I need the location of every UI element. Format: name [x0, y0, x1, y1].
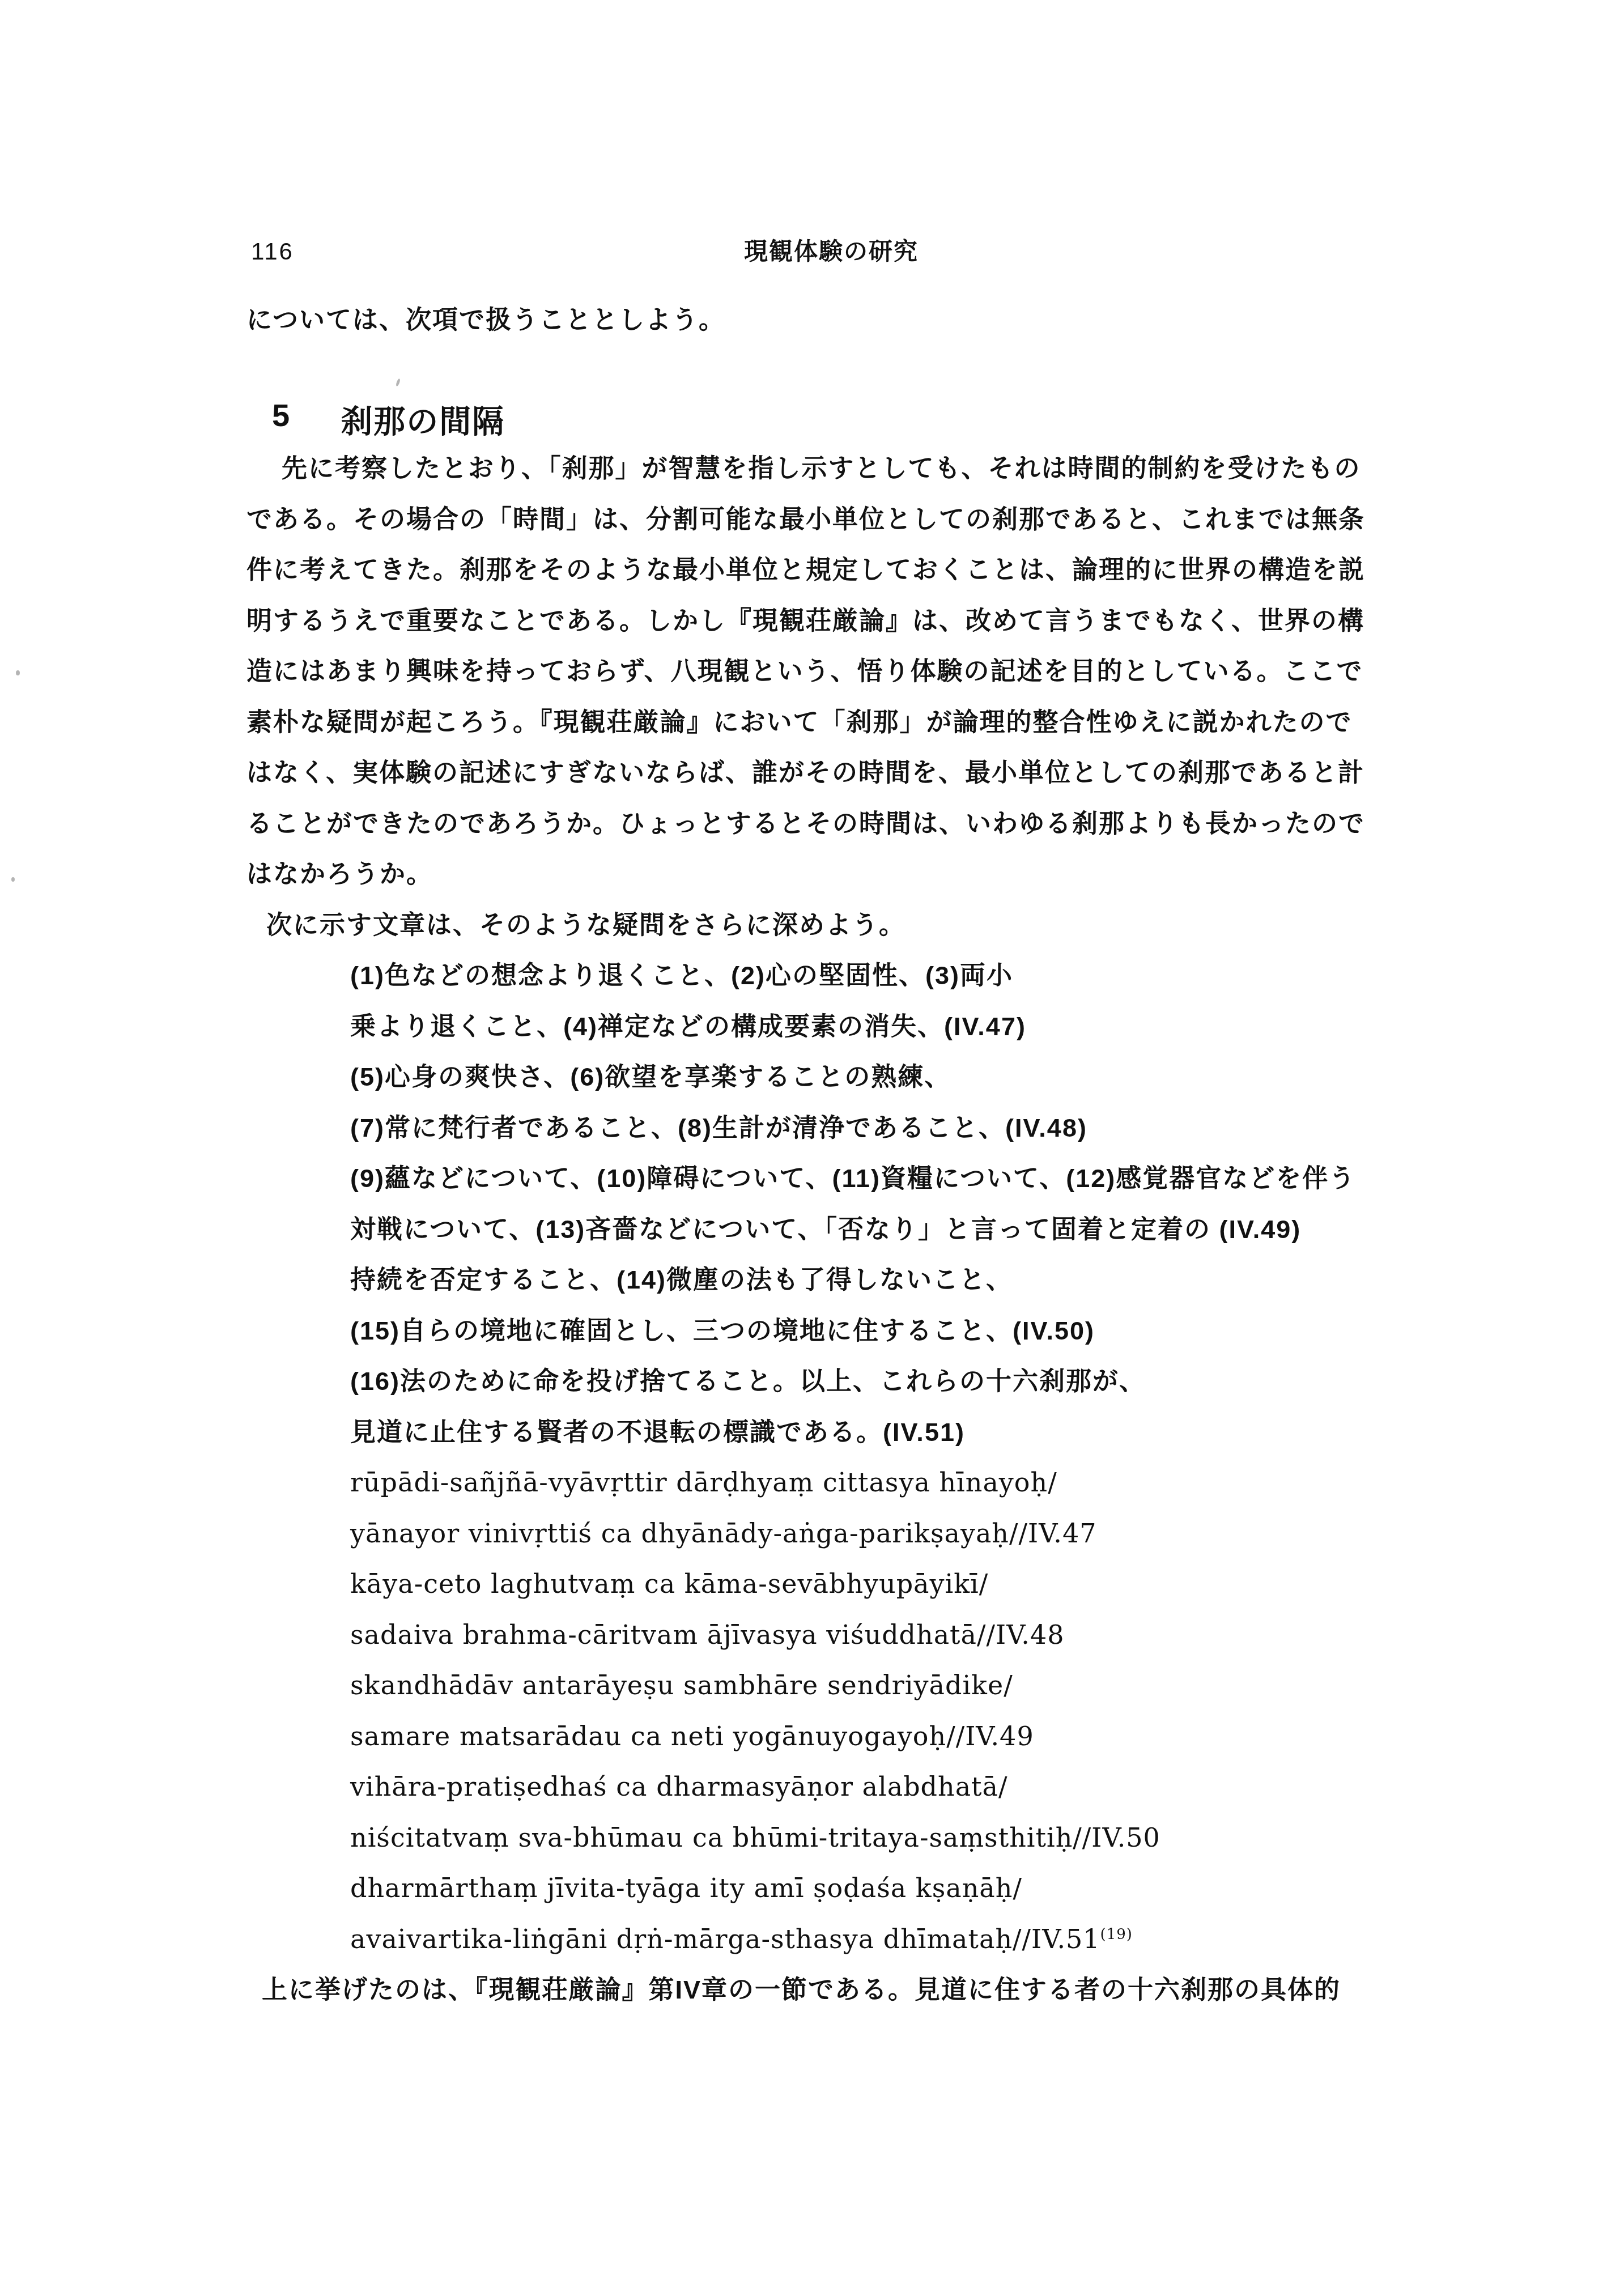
section-heading: 5 刹那の間隔	[272, 397, 505, 442]
sanskrit-line: kāya-ceto laghutvaṃ ca kāma-sevābhyupāyi…	[0, 1559, 1624, 1610]
sanskrit-line: yānayor vinivṛttiś ca dhyānādy-aṅga-pari…	[0, 1508, 1624, 1559]
quote-line: 見道に止住する賢者の不退転の標識である。(IV.51)	[0, 1407, 1624, 1458]
footnote-marker: (19)	[1100, 1925, 1133, 1942]
quote-sanskrit-last: avaivartika-liṅgāni dṛṅ-mārga-sthasya dh…	[0, 1914, 1624, 1965]
text-flow: 先に考察したとおり、「刹那」が智慧を指し示すとしても、それは時間的制約を受けたも…	[0, 443, 1624, 2016]
sanskrit-verse-text: avaivartika-liṅgāni dṛṅ-mārga-sthasya dh…	[350, 1924, 1100, 1954]
sanskrit-line: dharmārthaṃ jīvita-tyāga ity amī ṣoḍaśa …	[0, 1863, 1624, 1914]
quote-sanskrit-block: rūpādi-sañjñā-vyāvṛttir dārḍhyaṃ cittasy…	[0, 1457, 1624, 1914]
text-line: ることができたのであろうか。ひょっとするとその時間は、いわゆる刹那よりも長かった…	[0, 798, 1624, 849]
quote-line: 対戦について、(13)吝嗇などについて、「否なり」と言って固着と定着の (IV.…	[0, 1204, 1624, 1255]
text-line: 明するうえで重要なことである。しかし『現観荘厳論』は、改めて言うまでもなく、世界…	[0, 596, 1624, 647]
quote-line: (9)蘊などについて、(10)障碍について、(11)資糧について、(12)感覚器…	[0, 1153, 1624, 1204]
body-paragraph: 先に考察したとおり、「刹那」が智慧を指し示すとしても、それは時間的制約を受けたも…	[0, 443, 1624, 900]
page-number: 116	[251, 233, 294, 270]
scanned-paper-page: 116 現観体験の研究 については、次項で扱うこととしよう。 5 刹那の間隔 先…	[0, 0, 1624, 2296]
sanskrit-line: rūpādi-sañjñā-vyāvṛttir dārḍhyaṃ cittasy…	[0, 1457, 1624, 1508]
scan-speck	[11, 877, 15, 882]
running-header: 116 現観体験の研究	[0, 233, 1624, 270]
scan-speck	[396, 379, 401, 387]
text-line: はなかろうか。	[0, 849, 1624, 900]
lead-line: 次に示す文章は、そのような疑問をさらに深めよう。	[0, 900, 1624, 951]
section-title: 刹那の間隔	[341, 397, 505, 442]
sanskrit-line: niścitatvaṃ sva-bhūmau ca bhūmi-tritaya-…	[0, 1813, 1624, 1864]
text-line: 先に考察したとおり、「刹那」が智慧を指し示すとしても、それは時間的制約を受けたも…	[0, 443, 1624, 494]
quote-line: (15)自らの境地に確固とし、三つの境地に住すること、(IV.50)	[0, 1306, 1624, 1357]
scan-speck	[16, 670, 20, 675]
text-line: はなく、実体験の記述にすぎないならば、誰がその時間を、最小単位としての刹那である…	[0, 747, 1624, 798]
closing-line: 上に挙げたのは、『現観荘厳論』第IV章の一節である。見道に住する者の十六刹那の具…	[0, 1965, 1624, 2016]
carryover-line: については、次項で扱うこととしよう。	[246, 299, 725, 336]
running-title: 現観体験の研究	[744, 233, 919, 270]
text-line: である。その場合の「時間」は、分割可能な最小単位としての刹那であると、これまでは…	[0, 494, 1624, 545]
quote-line: (16)法のために命を投げ捨てること。以上、これらの十六刹那が、	[0, 1356, 1624, 1407]
sanskrit-line: sadaiva brahma-cāritvam ājīvasya viśuddh…	[0, 1610, 1624, 1661]
quote-line: 乗より退くこと、(4)禅定などの構成要素の消失、(IV.47)	[0, 1001, 1624, 1052]
quote-line: (5)心身の爽快さ、(6)欲望を享楽することの熟練、	[0, 1052, 1624, 1103]
sanskrit-line: skandhādāv antarāyeṣu sambhāre sendriyād…	[0, 1660, 1624, 1711]
section-number: 5	[272, 397, 291, 442]
sanskrit-line: avaivartika-liṅgāni dṛṅ-mārga-sthasya dh…	[0, 1914, 1624, 1965]
text-line: 造にはあまり興味を持っておらず、八現観という、悟り体験の記述を目的としている。こ…	[0, 646, 1624, 697]
quote-line: 持続を否定すること、(14)微塵の法も了得しないこと、	[0, 1255, 1624, 1306]
sanskrit-line: samare matsarādau ca neti yogānuyogayoḥ/…	[0, 1711, 1624, 1762]
quote-line: (7)常に梵行者であること、(8)生計が清浄であること、(IV.48)	[0, 1103, 1624, 1154]
quote-japanese-block: (1)色などの想念より退くこと、(2)心の堅固性、(3)両小乗より退くこと、(4…	[0, 950, 1624, 1457]
text-line: 件に考えてきた。刹那をそのような最小単位と規定しておくことは、論理的に世界の構造…	[0, 545, 1624, 596]
quote-line: (1)色などの想念より退くこと、(2)心の堅固性、(3)両小	[0, 950, 1624, 1001]
text-line: 素朴な疑問が起ころう。『現観荘厳論』において「刹那」が論理的整合性ゆえに説かれた…	[0, 697, 1624, 748]
sanskrit-line: vihāra-pratiṣedhaś ca dharmasyāṇor alabd…	[0, 1762, 1624, 1813]
